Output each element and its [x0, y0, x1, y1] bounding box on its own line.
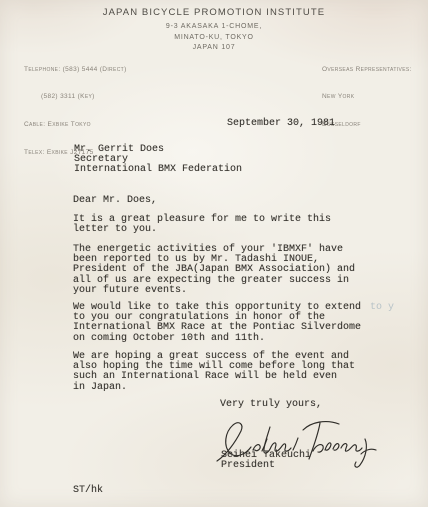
paragraph-1: It is a great pleasure for me to write t…: [73, 215, 331, 235]
paragraph-line: on coming October 10th and 11th.: [73, 334, 361, 344]
overseas-city2: Düsseldorf: [322, 120, 412, 129]
org-address-line2: MINATO-KU, TOKYO: [0, 33, 428, 44]
reference-initials: ST/hk: [73, 486, 103, 496]
scanned-letter-page: JAPAN BICYCLE PROMOTION INSTITUTE 9-3 AK…: [0, 0, 428, 507]
paragraph-line: letter to you.: [73, 225, 331, 235]
print-through-artifact: to y: [370, 302, 394, 313]
paragraph-4: We are hoping a great success of the eve…: [73, 352, 355, 393]
telephone-line2: (582) 3311 (Key): [24, 92, 127, 101]
paragraph-3: We would like to take this opportunity t…: [73, 303, 361, 344]
recipient-block: Mr. Gerrit Does Secretary International …: [74, 145, 242, 176]
paragraph-line: your future events.: [73, 286, 355, 296]
overseas-block: Overseas Representatives: New York Düsse…: [322, 46, 412, 148]
letter-date: September 30, 1981: [227, 119, 335, 129]
telephone-line1: Telephone: (583) 5444 (Direct): [24, 65, 127, 74]
paragraph-2: The energetic activities of your 'IBMXF'…: [73, 245, 355, 296]
signature-block: Seihei Takeuchi President: [221, 451, 311, 471]
overseas-heading: Overseas Representatives:: [322, 65, 412, 74]
signer-title: President: [221, 461, 311, 471]
organization-name: JAPAN BICYCLE PROMOTION INSTITUTE: [0, 7, 428, 18]
salutation: Dear Mr. Does,: [73, 196, 157, 206]
paragraph-line: in Japan.: [73, 383, 355, 393]
recipient-organization: International BMX Federation: [74, 165, 242, 175]
closing-phrase: Very truly yours,: [220, 400, 322, 410]
org-address-line1: 9-3 AKASAKA 1-CHOME,: [0, 22, 428, 33]
overseas-city1: New York: [322, 92, 412, 101]
cable-line: Cable: Exbike Tokyo: [24, 120, 127, 129]
